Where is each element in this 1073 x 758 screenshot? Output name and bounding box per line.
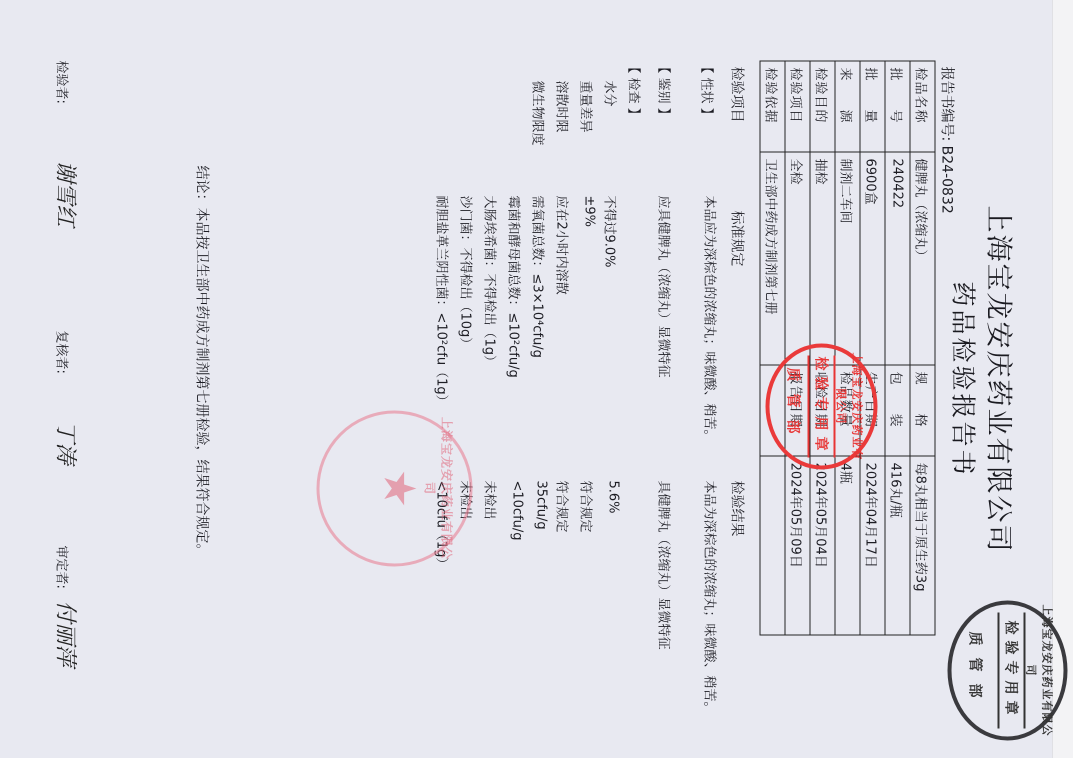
table-label: 规 格 xyxy=(910,365,935,456)
table-value xyxy=(760,456,785,635)
table-value: 每8丸相当于原生药3g xyxy=(910,456,935,635)
table-value: 2024年05月09日 xyxy=(785,456,810,635)
table-label: 来 源 xyxy=(835,61,860,152)
table-row: 批 号 240422 包 装 416丸/瓶 xyxy=(885,61,910,635)
table-value: 416丸/瓶 xyxy=(885,456,910,635)
result-item-label: 水分 xyxy=(602,81,621,107)
result-item-label: 【 检查 】 xyxy=(626,61,645,121)
table-value: 240422 xyxy=(885,152,910,365)
result-value: 5.6% xyxy=(606,481,621,514)
result-standard: 需氧菌总数：≤3×10⁴cfu/g xyxy=(530,196,549,358)
result-standard: 本品应为深棕色的浓缩丸；味微酸、稍苦。 xyxy=(701,196,718,446)
table-row: 检品名称 健脾丸（浓缩丸） 规 格 每8丸相当于原生药3g xyxy=(910,61,935,635)
result-value: 符合规定 xyxy=(554,481,573,533)
result-value: 本品为深棕色的浓缩丸；味微酸、稍苦。 xyxy=(701,481,718,716)
table-value: 制剂二车间 xyxy=(835,152,860,365)
approver-signature: 付丽萍 xyxy=(52,601,83,667)
report-number-label: 报告书编号: xyxy=(939,67,955,142)
table-value: 抽检 xyxy=(810,152,835,365)
inspection-stamp-pink: 上海宝龙安庆药业有限公司 ★ xyxy=(317,411,473,567)
result-standard: 应具健脾丸（浓缩丸）显微特征 xyxy=(656,196,675,378)
stamp-mid-text: 检验专用章 xyxy=(998,613,1026,729)
result-item-label: 溶散时限 xyxy=(554,81,573,133)
stamp-ring-text: 上海宝龙安庆药业有限公司 xyxy=(422,414,456,564)
quality-dept-stamp-grey: 上海宝龙安庆药业有限公司 检验专用章 质管部 xyxy=(948,601,1068,741)
result-value: 符合规定 xyxy=(578,481,597,533)
table-label: 包 装 xyxy=(885,365,910,456)
inspection-report-page: 上海宝龙安庆药业有限公司 药品检验报告书 报告书编号: B24-0832 上海宝… xyxy=(0,1,1073,758)
result-standard: 霉菌和酵母菌总数：≤10²cfu/g xyxy=(506,196,525,378)
result-standard: 耐胆盐革兰阴性菌：<10²cfu（1g） xyxy=(434,196,453,408)
column-header-item: 检验项目 xyxy=(728,67,748,123)
table-value: 2024年05月04日 xyxy=(810,456,835,635)
stamp-ring-text: 上海宝龙安庆药业有限公司 xyxy=(1024,605,1056,737)
table-value: 4瓶 xyxy=(835,456,860,635)
result-standard: 大肠埃希菌：不得检出（1g） xyxy=(482,196,501,369)
result-item-label: 【 鉴别 】 xyxy=(656,61,675,121)
table-value: 健脾丸（浓缩丸） xyxy=(910,152,935,365)
result-item-label: 【 性状 】 xyxy=(699,61,718,121)
report-number: 报告书编号: B24-0832 xyxy=(938,67,958,214)
stamp-bottom-text: 质管部 xyxy=(784,348,804,466)
approver-label: 审定者: xyxy=(54,546,73,589)
table-row: 检验依据 卫生部中药成方制剂第七册 xyxy=(760,61,785,635)
table-value: 卫生部中药成方制剂第七册 xyxy=(760,152,785,365)
table-label: 检验目的 xyxy=(810,61,835,152)
table-label: 检品名称 xyxy=(910,61,935,152)
stamp-ring-text: 上海宝龙安庆药业有限公司 xyxy=(834,348,866,466)
result-standard: 沙门菌：不得检出（10g） xyxy=(458,196,477,351)
column-header-standard: 标准规定 xyxy=(728,211,748,267)
stamp-bottom-text: 质管部 xyxy=(966,605,986,737)
column-header-result: 检验结果 xyxy=(728,481,748,537)
result-value: 未检出 xyxy=(482,481,501,520)
result-value: <10cfu/g xyxy=(510,481,525,541)
inspector-signature: 谢雪红 xyxy=(52,161,83,227)
table-value: 2024年04月17日 xyxy=(860,456,885,635)
table-value: 6900盒 xyxy=(860,152,885,365)
table-label: 批 量 xyxy=(860,61,885,152)
table-value: 全检 xyxy=(785,152,810,365)
result-item-label: 微生物限度 xyxy=(530,81,549,146)
star-icon: ★ xyxy=(374,414,425,564)
stamp-mid-text: 检验专用章 xyxy=(808,356,836,458)
table-label: 批 号 xyxy=(885,61,910,152)
result-value: 35cfu/g xyxy=(534,481,549,530)
result-standard: 应在2小时内溶散 xyxy=(554,196,573,295)
inspection-stamp-red: 上海宝龙安庆药业有限公司 检验专用章 质管部 xyxy=(766,344,878,470)
result-standard: 不得过9.0% xyxy=(602,196,621,268)
table-label: 检验依据 xyxy=(760,61,785,152)
result-value: 具健脾丸（浓缩丸）显微特征 xyxy=(656,481,675,650)
reviewer-signature: 丁涛 xyxy=(52,421,83,465)
result-item-label: 重量差异 xyxy=(578,81,597,133)
report-number-value: B24-0832 xyxy=(939,146,955,214)
result-standard: ±9% xyxy=(582,196,597,228)
reviewer-label: 复核者: xyxy=(54,331,73,374)
conclusion-text: 结论：本品按卫生部中药成方制剂第七册检验，结果符合规定。 xyxy=(193,166,213,558)
inspector-label: 检验者: xyxy=(54,61,73,104)
table-label: 检验项目 xyxy=(785,61,810,152)
